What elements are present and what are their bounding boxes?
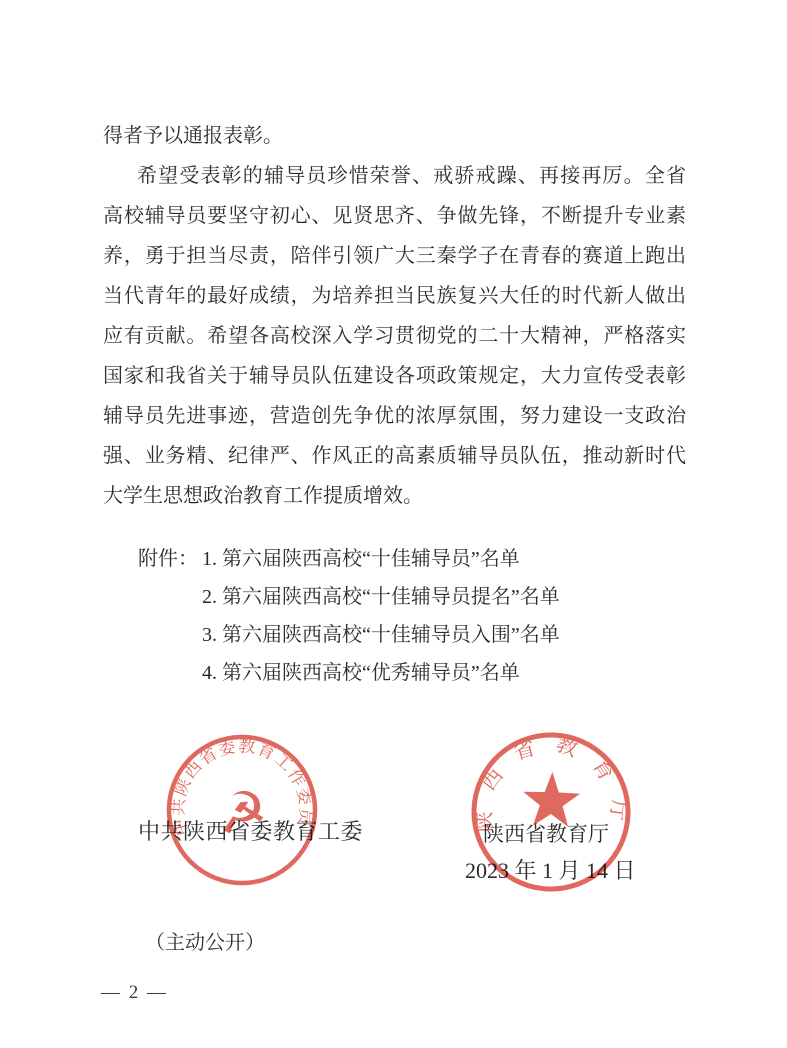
attachment-list: 附件： 1. 第六届陕西高校“十佳辅导员”名单 2. 第六届陕西高校“十佳辅导员… [138, 540, 678, 692]
body-text: 得者予以通报表彰。 希望受表彰的辅导员珍惜荣誉、戒骄戒躁、再接再厉。全省 高校辅… [103, 116, 686, 516]
attachment-item: 3. 第六届陕西高校“十佳辅导员入围”名单 [202, 616, 560, 654]
page-number: — 2 — [101, 982, 168, 1005]
attachment-row: 附件： 1. 第六届陕西高校“十佳辅导员”名单 [138, 540, 678, 578]
attachment-row: 3. 第六届陕西高校“十佳辅导员入围”名单 [138, 616, 678, 654]
attachment-indent [138, 616, 202, 654]
official-seal-left: 中共陕西省委教育工作委员会 ☭ [157, 725, 326, 894]
body-line: 辅导员先进事迹，营造创先争优的浓厚氛围，努力建设一支政治 [103, 396, 686, 436]
attachment-item: 1. 第六届陕西高校“十佳辅导员”名单 [202, 540, 520, 578]
body-line: 希望受表彰的辅导员珍惜荣誉、戒骄戒躁、再接再厉。全省 [103, 156, 686, 196]
attachment-label: 附件： [138, 540, 202, 578]
document-page: { "document": { "body": { "para1_lines":… [0, 0, 787, 1048]
body-line: 高校辅导员要坚守初心、见贤思齐、争做先锋，不断提升专业素 [103, 196, 686, 236]
body-line: 得者予以通报表彰。 [103, 116, 686, 156]
hammer-sickle-icon: ☭ [214, 779, 271, 849]
attachment-item: 4. 第六届陕西高校“优秀辅导员”名单 [202, 654, 520, 692]
body-line: 当代青年的最好成绩，为培养担当民族复兴大任的时代新人做出 [103, 276, 686, 316]
attachment-indent [138, 654, 202, 692]
attachment-row: 4. 第六届陕西高校“优秀辅导员”名单 [138, 654, 678, 692]
attachment-row: 2. 第六届陕西高校“十佳辅导员提名”名单 [138, 578, 678, 616]
body-line: 强、业务精、纪律严、作风正的高素质辅导员队伍，推动新时代 [103, 436, 686, 476]
star-icon [522, 771, 581, 827]
attachment-indent [138, 578, 202, 616]
disclosure-note: （主动公开） [145, 931, 265, 955]
body-line: 养，勇于担当尽责，陪伴引领广大三秦学子在青春的赛道上跑出 [103, 236, 686, 276]
attachment-item: 2. 第六届陕西高校“十佳辅导员提名”名单 [202, 578, 560, 616]
body-line: 应有贡献。希望各高校深入学习贯彻党的二十大精神，严格落实 [103, 316, 686, 356]
body-line: 大学生思想政治教育工作提质增效。 [103, 476, 686, 516]
body-line: 国家和我省关于辅导员队伍建设各项政策规定，大力宣传受表彰 [103, 356, 686, 396]
official-seal-right: 陕西省教育厅 [467, 728, 635, 896]
